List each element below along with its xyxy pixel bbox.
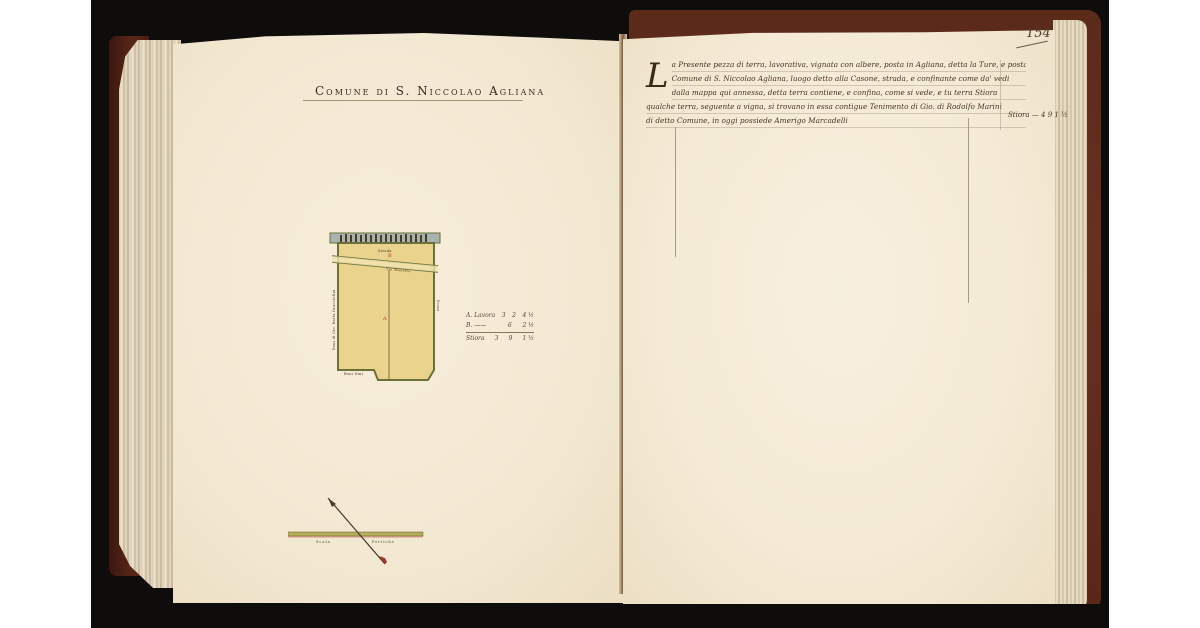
register-entry: L a Presente pezza di terra, lavorativa,…	[646, 58, 1026, 128]
page-title: Comune di S. Niccolao Agliana	[315, 84, 545, 98]
svg-text:Scala: Scala	[316, 540, 331, 544]
svg-text:A: A	[382, 316, 387, 322]
entry-line: a Presente pezza di terra, lavorativa, v…	[672, 58, 1026, 72]
area-row: B. —— 6 2 ½	[466, 321, 534, 331]
compass-arrow-icon	[328, 498, 387, 564]
title-underline	[303, 100, 523, 101]
book-photo: Comune di S. Niccolao Agliana B A Strada	[91, 0, 1109, 628]
entry-line: di detto Comune, in oggi possiede Amerig…	[646, 114, 1026, 128]
entry-amount: Stiora — 4 9 1 ½	[1008, 111, 1068, 119]
svg-text:Strada: Strada	[378, 249, 392, 253]
page-edges-right	[1053, 20, 1087, 610]
drop-cap: L	[646, 60, 669, 92]
area-row: A. Lavora 3 2 4 ½	[466, 311, 534, 321]
margin-rule-right	[968, 118, 969, 303]
svg-text:Fosso: Fosso	[436, 300, 440, 312]
entry-line: qualche terra, seguente a vigna, si trov…	[646, 100, 1026, 114]
svg-text:Beni di Gio. Batta Bracciolini: Beni di Gio. Batta Bracciolini	[332, 289, 336, 350]
parcel-map: B A Strada Via Maestra Beni di Gio. Batt…	[328, 230, 443, 382]
svg-text:Pertiche: Pertiche	[372, 540, 395, 544]
entry-line: dalla mappa qui annessa, detta terra con…	[672, 86, 1026, 100]
entry-line: Comune di S. Niccolao Agliana, luogo det…	[672, 72, 1026, 86]
area-table: A. Lavora 3 2 4 ½ B. —— 6 2 ½ Stiora 3 9…	[466, 311, 534, 344]
area-total-row: Stiora 3 9 1 ½	[466, 334, 534, 344]
margin-rule-left	[675, 127, 676, 257]
sum-rule	[466, 332, 534, 333]
scale-bar-with-compass-arrow: Scala Pertiche	[288, 490, 428, 570]
folio-number: 154	[1026, 26, 1051, 41]
table-shadow	[91, 604, 1109, 628]
page-edges-left	[119, 40, 181, 588]
svg-text:B: B	[388, 253, 392, 259]
amount-column-rule	[1000, 60, 1001, 130]
svg-text:Beni Dini: Beni Dini	[344, 372, 364, 376]
